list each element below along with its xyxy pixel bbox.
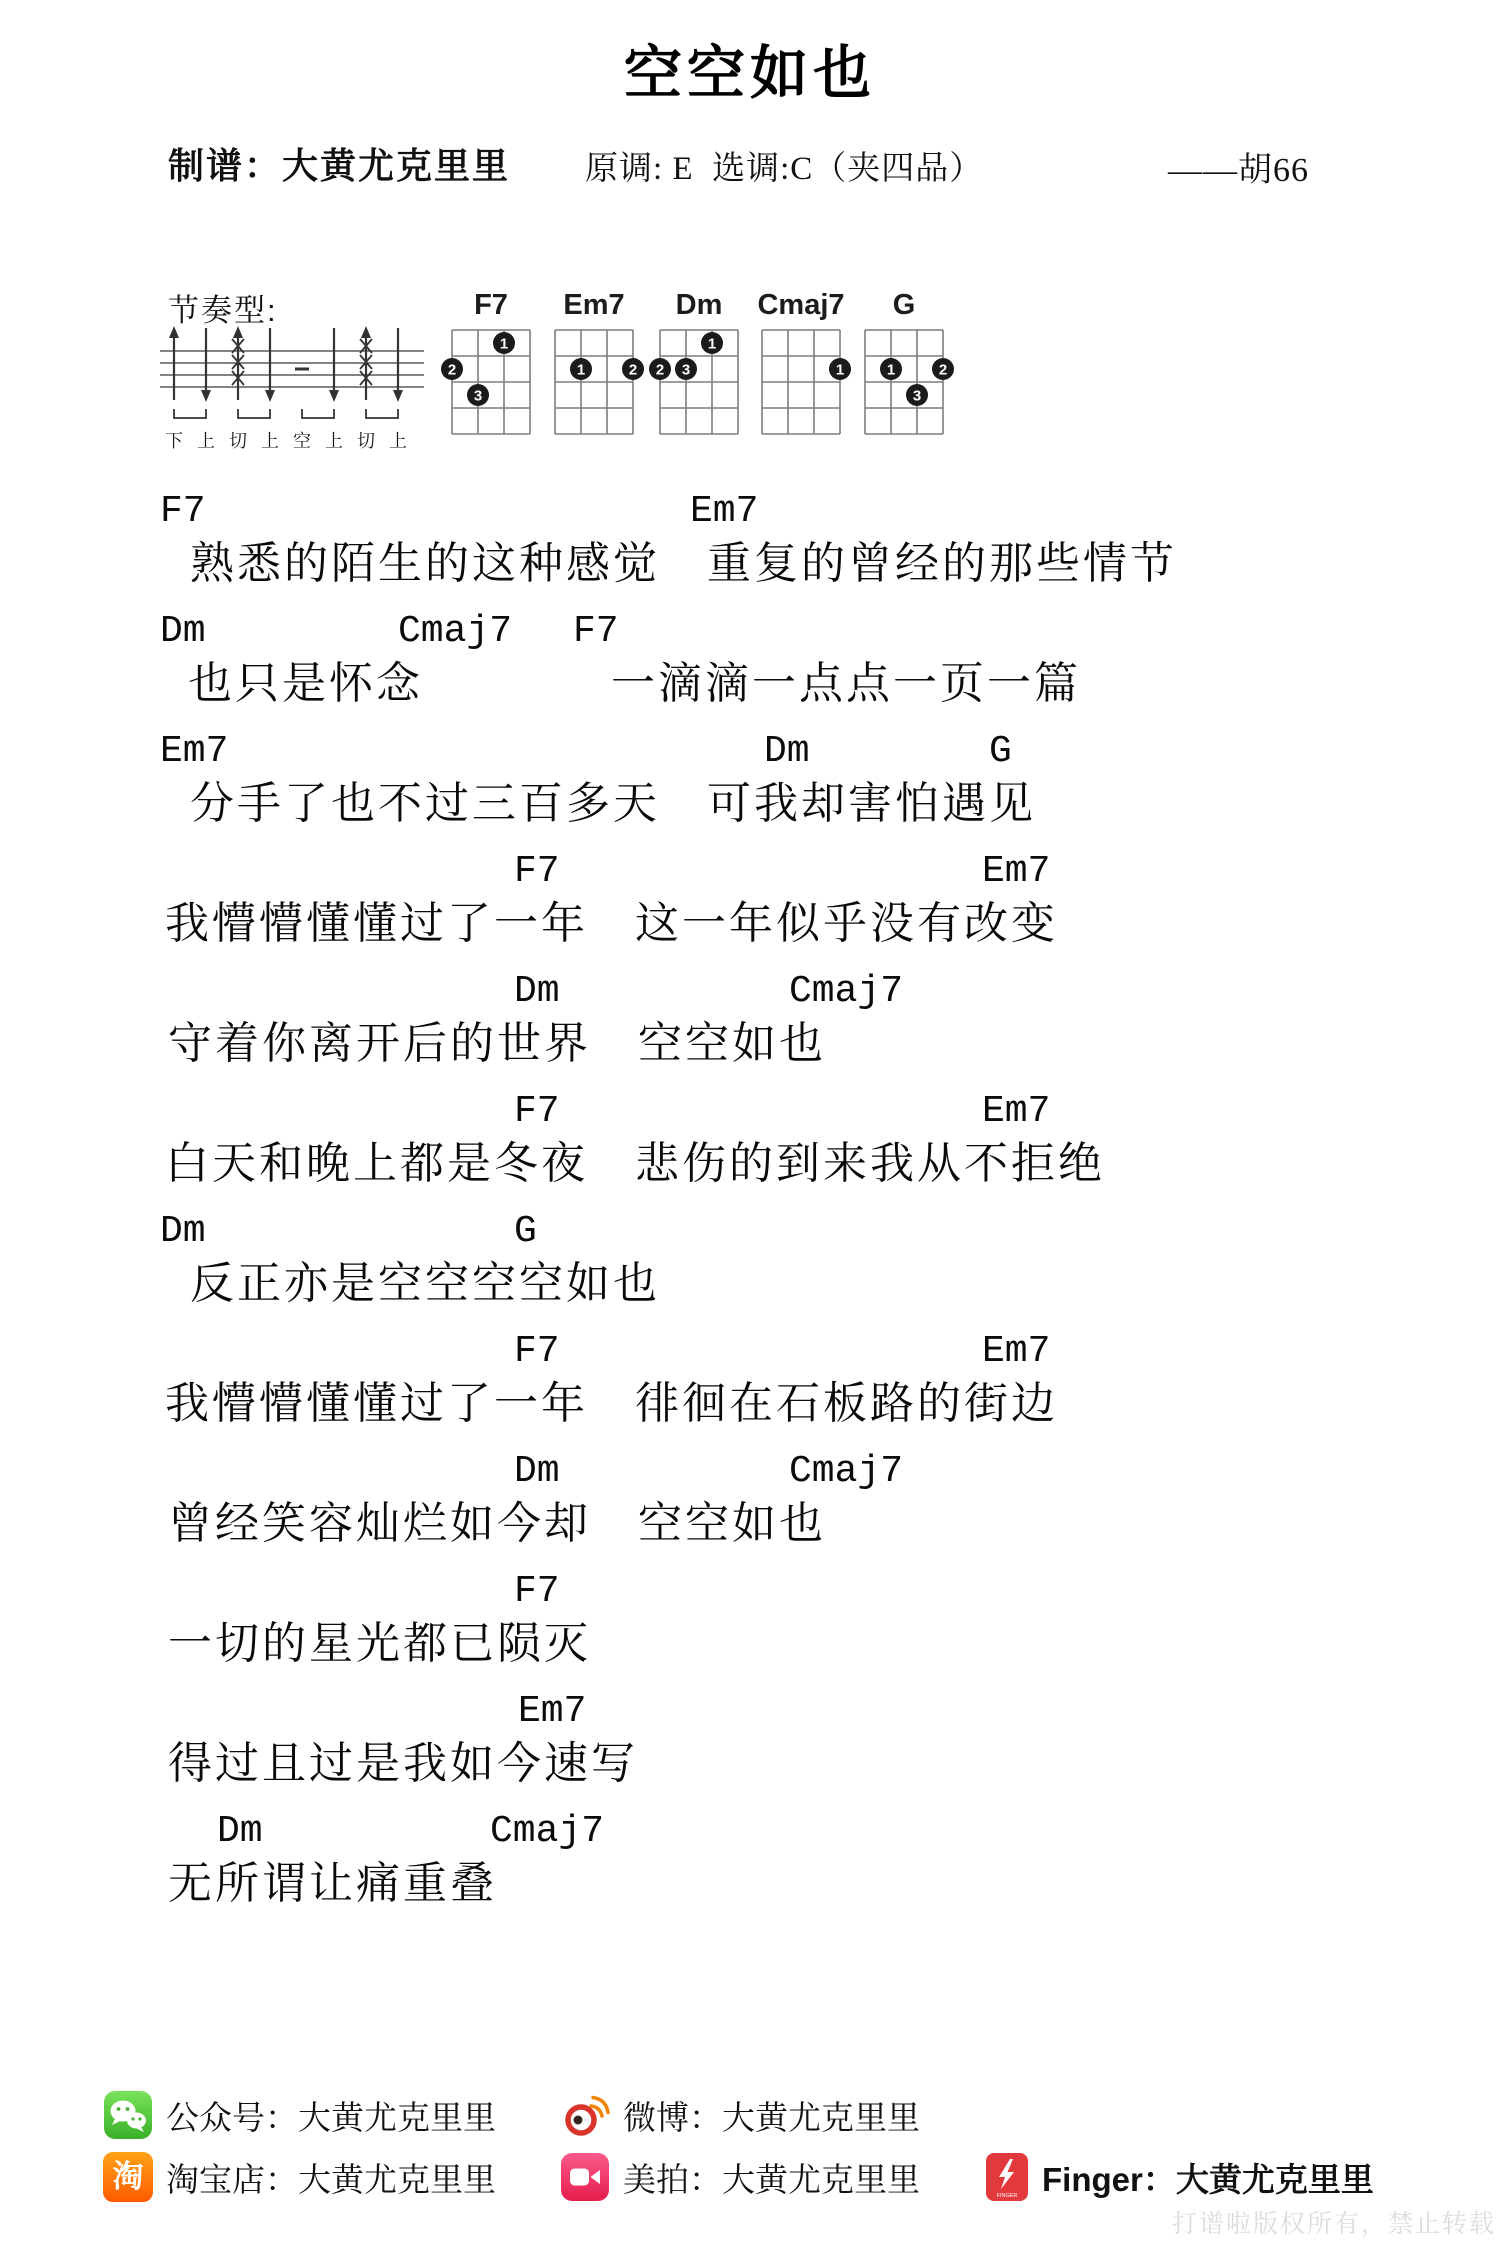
- chord-label-Em7: Em7: [982, 846, 1050, 898]
- chord-label-Cmaj7: Cmaj7: [490, 1806, 604, 1858]
- chord-label-Dm: Dm: [160, 606, 206, 658]
- chord-label-Dm: Dm: [514, 966, 560, 1018]
- chord-label-F7: F7: [160, 486, 206, 538]
- song-line-12: DmCmaj7无所谓让痛重叠: [0, 1806, 1500, 1926]
- svg-text:2: 2: [656, 362, 664, 379]
- finger-icon: FINGER: [985, 2152, 1029, 2202]
- key-info: 原调: E 选调:C（夹四品）: [585, 142, 983, 189]
- song-line-11: Em7得过且过是我如今速写: [0, 1686, 1500, 1806]
- svg-text:1: 1: [577, 362, 585, 379]
- footer-weibo-label: 微博：大黄尤克里里: [623, 2092, 920, 2139]
- footer-taobao-label: 淘宝店：大黄尤克里里: [166, 2154, 496, 2201]
- artist-credit: ——胡66: [1168, 142, 1309, 191]
- chord-line: DmCmaj7: [0, 1446, 1500, 1498]
- svg-text:2: 2: [629, 362, 637, 379]
- svg-text:上: 上: [197, 431, 215, 451]
- lyric-text: 分手了也不过三百多天 可我却害怕遇见: [190, 774, 1036, 834]
- chord-label-Em7: Em7: [982, 1086, 1050, 1138]
- footer-meipai: 美拍：大黄尤克里里: [560, 2152, 920, 2202]
- chord-label-F7: F7: [573, 606, 619, 658]
- weibo-icon: [560, 2090, 610, 2140]
- chord-grid-svg: 123: [649, 324, 749, 440]
- lyric-text: 我懵懵懂懂过了一年 这一年似乎没有改变: [165, 894, 1058, 954]
- chord-sheet-page: 空空如也 制谱：大黄尤克里里 原调: E 选调:C（夹四品） ——胡66 节奏型…: [0, 0, 1500, 2250]
- chord-diagram-Cmaj7: Cmaj71: [751, 288, 851, 440]
- chord-label-Em7: Em7: [518, 1686, 586, 1738]
- song-line-10: F7一切的星光都已陨灭: [0, 1566, 1500, 1686]
- svg-text:FINGER: FINGER: [997, 2193, 1018, 2199]
- lyric-text: 得过且过是我如今速写: [168, 1734, 638, 1794]
- chord-diagram-name: Cmaj7: [751, 288, 851, 322]
- chord-line: DmCmaj7F7: [0, 606, 1500, 658]
- song-line-9: DmCmaj7曾经笑容灿烂如今却 空空如也: [0, 1446, 1500, 1566]
- chord-line: F7Em7: [0, 1086, 1500, 1138]
- chord-label-F7: F7: [514, 846, 560, 898]
- chord-line: Em7: [0, 1686, 1500, 1738]
- lyric-text: 守着你离开后的世界 空空如也: [168, 1014, 826, 1074]
- lyric-text: 我懵懵懂懂过了一年 徘徊在石板路的街边: [165, 1374, 1058, 1434]
- chord-grid-svg: 1: [751, 324, 851, 440]
- song-line-8: F7Em7我懵懵懂懂过了一年 徘徊在石板路的街边: [0, 1326, 1500, 1446]
- chord-label-Em7: Em7: [690, 486, 758, 538]
- svg-text:1: 1: [500, 336, 508, 353]
- chord-label-G: G: [514, 1206, 537, 1258]
- svg-text:空: 空: [293, 431, 311, 451]
- svg-text:3: 3: [913, 388, 921, 405]
- footer-wechat-label: 公众号：大黄尤克里里: [166, 2092, 496, 2139]
- lyric-text: 白天和晚上都是冬夜 悲伤的到来我从不拒绝: [165, 1134, 1105, 1194]
- chord-label-Dm: Dm: [764, 726, 810, 778]
- chord-label-Em7: Em7: [160, 726, 228, 778]
- footer-taobao: 淘 淘宝店：大黄尤克里里: [103, 2152, 496, 2202]
- lyric-text: 反正亦是空空空空如也: [190, 1254, 660, 1314]
- svg-text:下: 下: [165, 431, 183, 451]
- song-line-1: F7Em7熟悉的陌生的这种感觉 重复的曾经的那些情节: [0, 486, 1500, 606]
- arranger-credit: 制谱：大黄尤克里里: [168, 138, 510, 189]
- chord-diagram-F7: F7123: [441, 288, 541, 440]
- svg-text:2: 2: [939, 362, 947, 379]
- chord-diagram-G: G123: [854, 288, 954, 440]
- chord-label-F7: F7: [514, 1326, 560, 1378]
- chord-grid-svg: 123: [854, 324, 954, 440]
- meipai-icon: [560, 2152, 610, 2202]
- footer-weibo: 微博：大黄尤克里里: [560, 2090, 920, 2140]
- chord-label-Cmaj7: Cmaj7: [789, 1446, 903, 1498]
- chord-diagram-Em7: Em712: [544, 288, 644, 440]
- watermark: 打谱啦版权所有，禁止转载: [1172, 2204, 1496, 2240]
- chord-diagram-name: F7: [441, 288, 541, 322]
- song-line-7: DmG反正亦是空空空空如也: [0, 1206, 1500, 1326]
- lyric-text: 熟悉的陌生的这种感觉 重复的曾经的那些情节: [190, 534, 1177, 594]
- chord-line: F7: [0, 1566, 1500, 1618]
- svg-text:1: 1: [887, 362, 895, 379]
- song-line-3: Em7DmG分手了也不过三百多天 可我却害怕遇见: [0, 726, 1500, 846]
- song-line-6: F7Em7白天和晚上都是冬夜 悲伤的到来我从不拒绝: [0, 1086, 1500, 1206]
- footer-finger: FINGER Finger：大黄尤克里里: [985, 2152, 1374, 2202]
- lyric-text: 一切的星光都已陨灭: [168, 1614, 591, 1674]
- svg-text:2: 2: [448, 362, 456, 379]
- footer-finger-label: Finger：大黄尤克里里: [1042, 2154, 1374, 2201]
- svg-text:3: 3: [682, 362, 690, 379]
- song-line-2: DmCmaj7F7也只是怀念 一滴滴一点点一页一篇: [0, 606, 1500, 726]
- svg-text:上: 上: [325, 431, 343, 451]
- lyric-text: 也只是怀念 一滴滴一点点一页一篇: [188, 654, 1081, 714]
- svg-text:3: 3: [474, 388, 482, 405]
- chord-label-F7: F7: [514, 1086, 560, 1138]
- chord-line: DmCmaj7: [0, 966, 1500, 1018]
- lyric-text: 无所谓让痛重叠: [168, 1854, 497, 1914]
- svg-text:1: 1: [836, 362, 844, 379]
- chord-diagram-name: Dm: [649, 288, 749, 322]
- svg-text:切: 切: [229, 431, 247, 451]
- song-line-5: DmCmaj7守着你离开后的世界 空空如也: [0, 966, 1500, 1086]
- chord-diagram-name: G: [854, 288, 954, 322]
- chord-line: DmG: [0, 1206, 1500, 1258]
- rhythm-staff-svg: 下上切上空上切上: [152, 306, 432, 464]
- rhythm-pattern-staff: 下上切上空上切上: [152, 306, 432, 464]
- page-title: 空空如也: [0, 26, 1500, 110]
- footer-wechat: 公众号：大黄尤克里里: [103, 2090, 496, 2140]
- chord-line: F7Em7: [0, 846, 1500, 898]
- song-line-4: F7Em7我懵懵懂懂过了一年 这一年似乎没有改变: [0, 846, 1500, 966]
- chord-label-G: G: [989, 726, 1012, 778]
- taobao-icon: 淘: [103, 2152, 153, 2202]
- chord-line: DmCmaj7: [0, 1806, 1500, 1858]
- chord-line: F7Em7: [0, 1326, 1500, 1378]
- wechat-icon: [103, 2090, 153, 2140]
- chord-label-Dm: Dm: [160, 1206, 206, 1258]
- svg-text:上: 上: [261, 431, 279, 451]
- chord-diagram-name: Em7: [544, 288, 644, 322]
- chord-label-Em7: Em7: [982, 1326, 1050, 1378]
- chord-line: F7Em7: [0, 486, 1500, 538]
- svg-text:上: 上: [389, 431, 407, 451]
- chord-grid-svg: 12: [544, 324, 644, 440]
- chord-line: Em7DmG: [0, 726, 1500, 778]
- footer-meipai-label: 美拍：大黄尤克里里: [623, 2154, 920, 2201]
- lyric-text: 曾经笑容灿烂如今却 空空如也: [168, 1494, 826, 1554]
- svg-text:切: 切: [357, 431, 375, 451]
- chord-grid-svg: 123: [441, 324, 541, 440]
- chord-label-Cmaj7: Cmaj7: [398, 606, 512, 658]
- chord-diagram-Dm: Dm123: [649, 288, 749, 440]
- chord-label-Cmaj7: Cmaj7: [789, 966, 903, 1018]
- svg-text:1: 1: [708, 336, 716, 353]
- chord-label-Dm: Dm: [514, 1446, 560, 1498]
- chord-label-Dm: Dm: [217, 1806, 263, 1858]
- chord-label-F7: F7: [514, 1566, 560, 1618]
